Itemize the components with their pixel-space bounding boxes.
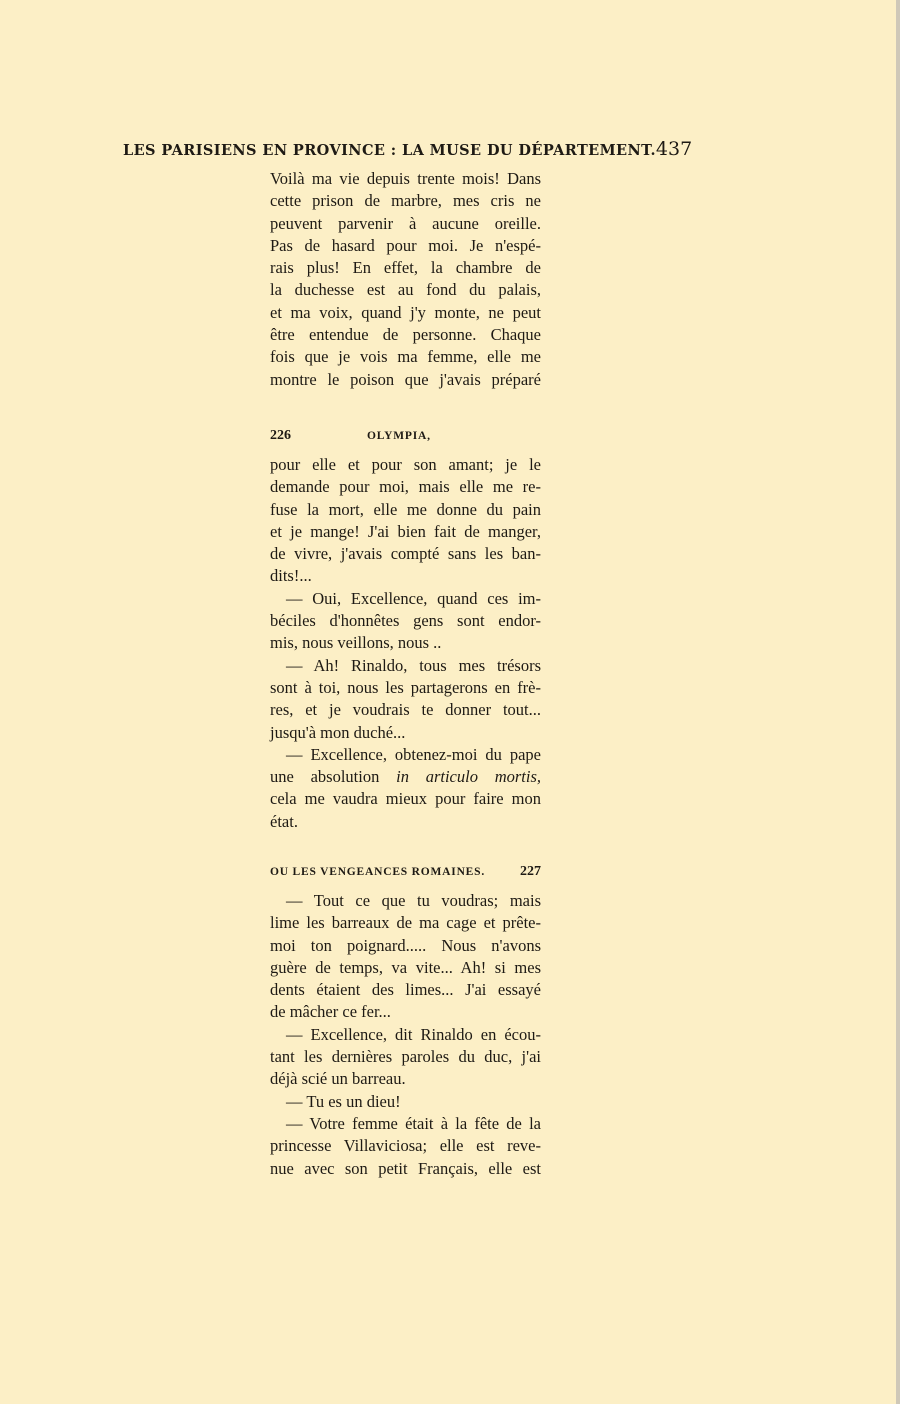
text-line: la duchesse est au fond du palais, <box>270 279 541 301</box>
text-block-3: — Tout ce que tu voudras; mais lime les … <box>270 890 541 1180</box>
text-line: dits!... <box>270 565 541 587</box>
text-line: fois que je vois ma femme, elle me <box>270 346 541 368</box>
text-line: princesse Villaviciosa; elle est reve- <box>270 1135 541 1157</box>
text-line: béciles d'honnêtes gens sont endor- <box>270 610 541 632</box>
text-line: sont à toi, nous les partagerons en frè- <box>270 677 541 699</box>
text-line: une absolution in articulo mortis, <box>270 766 541 788</box>
inner-page-title: OLYMPIA, <box>367 430 431 442</box>
inner-page-header-226: 226 OLYMPIA, <box>270 428 541 444</box>
text-line: cette prison de marbre, mes cris ne <box>270 190 541 212</box>
page-number: 437 <box>656 138 692 160</box>
text-fragment: une absolution <box>270 767 379 786</box>
text-line: peuvent parvenir à aucune oreille. <box>270 213 541 235</box>
text-line: nue avec son petit Français, elle est <box>270 1158 541 1180</box>
running-head-title: LES PARISIENS EN PROVINCE : LA MUSE DU D… <box>123 142 656 159</box>
text-line: de mâcher ce fer... <box>270 1001 541 1023</box>
text-line: lime les barreaux de ma cage et prête- <box>270 912 541 934</box>
text-line: tant les dernières paroles du duc, j'ai <box>270 1046 541 1068</box>
page-edge <box>896 0 900 1404</box>
text-line: de vivre, j'avais compté sans les ban- <box>270 543 541 565</box>
text-line: res, et je voudrais te donner tout... <box>270 699 541 721</box>
inner-page-title: OU LES VENGEANCES ROMAINES. <box>270 866 485 878</box>
text-line: Voilà ma vie depuis trente mois! Dans <box>270 168 541 190</box>
running-head: LES PARISIENS EN PROVINCE : LA MUSE DU D… <box>123 138 688 160</box>
text-line: jusqu'à mon duché... <box>270 722 541 744</box>
text-line: — Oui, Excellence, quand ces im- <box>270 588 541 610</box>
text-line: être entendue de personne. Chaque <box>270 324 541 346</box>
text-line: et je mange! J'ai bien fait de manger, <box>270 521 541 543</box>
text-line: moi ton poignard..... Nous n'avons <box>270 935 541 957</box>
text-block-2: pour elle et pour son amant; je le deman… <box>270 454 541 833</box>
inner-page-number: 226 <box>270 428 291 444</box>
inner-page-header-227: OU LES VENGEANCES ROMAINES. 227 <box>270 864 541 880</box>
text-line: — Votre femme était à la fête de la <box>270 1113 541 1135</box>
text-line: montre le poison que j'avais préparé <box>270 369 541 391</box>
text-line: guère de temps, va vite... Ah! si mes <box>270 957 541 979</box>
text-line: — Ah! Rinaldo, tous mes trésors <box>270 655 541 677</box>
text-line: dents étaient des limes... J'ai essayé <box>270 979 541 1001</box>
text-line: fuse la mort, elle me donne du pain <box>270 499 541 521</box>
text-line: — Tu es un dieu! <box>270 1091 541 1113</box>
text-line: déjà scié un barreau. <box>270 1068 541 1090</box>
text-block-1: Voilà ma vie depuis trente mois! Dans ce… <box>270 168 541 391</box>
text-line: état. <box>270 811 541 833</box>
text-line: rais plus! En effet, la chambre de <box>270 257 541 279</box>
text-line: et ma voix, quand j'y monte, ne peut <box>270 302 541 324</box>
text-line: cela me vaudra mieux pour faire mon <box>270 788 541 810</box>
text-line: — Tout ce que tu voudras; mais <box>270 890 541 912</box>
text-line: pour elle et pour son amant; je le <box>270 454 541 476</box>
text-line: — Excellence, dit Rinaldo en écou- <box>270 1024 541 1046</box>
italic-phrase: in articulo mortis, <box>396 767 541 786</box>
text-line: — Excellence, obtenez-moi du pape <box>270 744 541 766</box>
inner-page-number: 227 <box>520 864 541 880</box>
text-line: mis, nous veillons, nous .. <box>270 632 541 654</box>
text-line: demande pour moi, mais elle me re- <box>270 476 541 498</box>
text-line: Pas de hasard pour moi. Je n'espé- <box>270 235 541 257</box>
